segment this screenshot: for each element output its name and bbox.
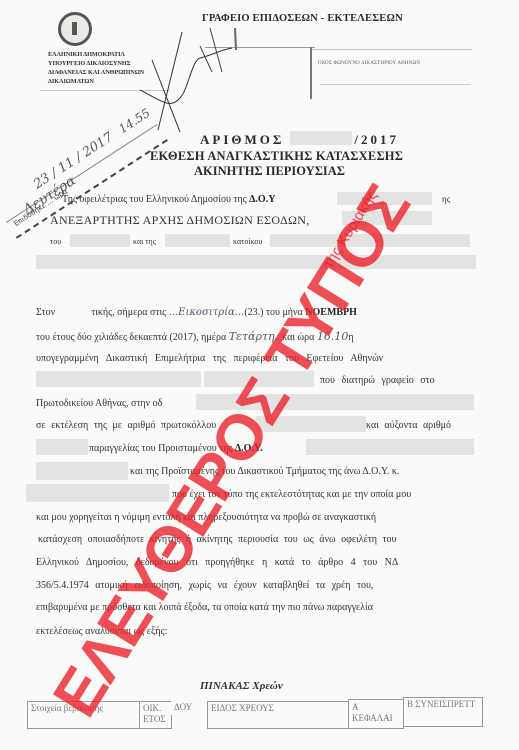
body-line-7: παραγγελίας του Προισταμένου της Δ.Ο.Υ. <box>89 443 263 454</box>
body-text: η <box>348 332 353 343</box>
column-header: ΔΟΥ <box>171 701 203 715</box>
body-text: (23.) του μήνα <box>244 307 302 318</box>
document-number-year: /2017 <box>354 132 399 147</box>
body-line-13: 356/5.4.1974 ατομική ειδοποίηση, χωρίς ν… <box>36 580 373 591</box>
body-text: τικής, σήμερα στις <box>91 307 166 318</box>
ministry-line: ΥΠΟΥΡΓΕΙΟ ΔΙΚΑΙΟΣΥΝΗΣ <box>48 59 144 68</box>
document-number-label: ΑΡΙΘΜΟΣ <box>200 132 284 147</box>
ministry-line: ΔΙΚΑΙΩΜΑΤΩΝ <box>48 77 144 86</box>
debtor-text: ης <box>442 194 450 204</box>
body-text: και ώρα <box>282 332 314 343</box>
redacted-block <box>337 192 432 205</box>
header-rule <box>312 49 472 50</box>
debtor-text: και της <box>133 237 156 246</box>
body-line-9: που έχει τον τύπο της εκτελεστότητας και… <box>172 489 411 500</box>
greek-republic-emblem-icon <box>58 12 92 46</box>
handwritten-day: Τετάρτη <box>229 330 275 343</box>
redacted-block <box>36 255 476 269</box>
document-title: ΕΚΘΕΣΗ ΑΝΑΓΚΑΣΤΙΚΗΣ ΚΑΤΑΣΧΕΣΗΣ <box>150 149 403 164</box>
body-line-14: επιβαρυμένα με πρόσθετα και λοιπά έξοδα,… <box>36 602 373 613</box>
signature-scribble-icon <box>140 20 260 135</box>
redacted-block <box>342 211 432 225</box>
redacted-block <box>204 371 314 387</box>
redacted-block <box>70 234 130 247</box>
independent-authority-line: ΑΝΕΞΑΡΤΗΤΗΣ ΑΡΧΗΣ ΔΗΜΟΣΙΩΝ ΕΣΟΔΩΝ, <box>50 213 310 228</box>
handwritten-date: ...Εικοσιτρία... <box>169 307 245 318</box>
column-header: ΕΙΔΟΣ ΧΡΕΟΥΣ <box>207 701 349 729</box>
document-subtitle: ΑΚΙΝΗΤΗΣ ΠΕΡΙΟΥΣΙΑΣ <box>194 164 345 179</box>
debtor-text: κατοίκου <box>233 237 262 246</box>
tax-office-abbr: Δ.Ο.Υ. <box>235 443 263 454</box>
redacted-block <box>165 234 230 247</box>
body-text: και αύξοντα αριθμό <box>366 420 451 431</box>
column-header: Στοιχεία βεβαίωσης <box>27 701 140 729</box>
body-line-11: κατάσχεση οποιασδήποτε κινητής ή ακίνητη… <box>38 534 397 545</box>
debtor-line-1: Της οφειλέτριας του Ελληνικού Δημοσίου τ… <box>62 194 275 205</box>
column-header: ΟΙΚ. ΕΤΟΣ <box>139 701 172 729</box>
header-rule <box>320 84 470 85</box>
office-address-caption: ΟΔΟΣ ΦΩΝΟΥΝΟ ΔΙΚΑΣΤΗΡΙΟΥ ΑΘΗΝΩΝ <box>318 61 420 66</box>
month-name: ΝΟΕΜΒΡΗ <box>305 307 357 318</box>
body-text: του έτους δύο χιλιάδες δεκαεπτά (2017), … <box>36 332 226 343</box>
body-line-1: Στοντικής, σήμερα στις ...Εικοσιτρία...(… <box>36 307 357 318</box>
redacted-block <box>256 416 366 432</box>
redacted-block <box>270 234 470 247</box>
scanned-document-page: ΕΛΛΗΝΙΚΗ ΔΗΜΟΚΡΑΤΙΑ ΥΠΟΥΡΓΕΙΟ ΔΙΚΑΙΟΣΥΝΗ… <box>0 0 519 750</box>
redacted-block <box>196 394 474 410</box>
redacted-block <box>290 131 352 145</box>
redacted-block <box>36 439 88 455</box>
column-header: Α ΚΕΦΑΛΑΙ <box>348 699 404 729</box>
header-vertical-rule <box>310 47 312 99</box>
redacted-block <box>36 371 201 387</box>
ministry-line: ΕΛΛΗΝΙΚΗ ΔΗΜΟΚΡΑΤΙΑ <box>48 50 144 59</box>
body-line-5: Πρωτοδικείου Αθήνας, στην οδ <box>36 398 162 409</box>
ministry-heading: ΕΛΛΗΝΙΚΗ ΔΗΜΟΚΡΑΤΙΑ ΥΠΟΥΡΓΕΙΟ ΔΙΚΑΙΟΣΥΝΗ… <box>48 50 144 86</box>
tax-office-abbr: Δ.Ο.Υ <box>249 194 275 205</box>
body-text: παραγγελίας του Προισταμένου της <box>89 443 232 454</box>
debtor-text: του <box>50 237 61 246</box>
debtor-text: Της οφειλέτριας του Ελληνικού Δημοσίου τ… <box>62 194 247 205</box>
redacted-block <box>26 484 169 502</box>
body-line-12: Ελληνικού Δημοσίου, δεδομένου ότι προηγή… <box>36 557 398 568</box>
handwritten-time: 16.10 <box>317 330 349 343</box>
body-line-3: υπογεγραμμένη Δικαστική Επιμελήτρια της … <box>36 353 383 364</box>
body-line-10: και μου χορηγείται η νόμιμη εντολή και π… <box>36 512 376 523</box>
column-header: Β ΣΥΝΕΙΣΠΡΕΤΤ <box>403 697 483 727</box>
redacted-block <box>306 439 474 455</box>
ministry-line: ΔΙΑΦΑΝΕΙΑΣ ΚΑΙ ΑΝΘΡΩΠΙΝΩΝ <box>48 68 144 77</box>
debt-table-title: ΠΙΝΑΚΑΣ Χρεών <box>200 680 283 692</box>
body-line-4: που διατηρώ γραφείο στο <box>320 375 435 386</box>
body-text: Στον <box>36 307 55 318</box>
body-line-8: και της Προϊσταμένης του Δικαστικού Τμήμ… <box>130 466 399 477</box>
body-line-15: εκτελέσεως αναλύονται ως εξής: <box>36 626 167 637</box>
body-line-6: σε εκτέλεση της με αριθμό πρωτοκόλλου <box>36 420 216 431</box>
redacted-block <box>36 462 128 480</box>
body-line-2: του έτους δύο χιλιάδες δεκαεπτά (2017), … <box>36 330 354 343</box>
